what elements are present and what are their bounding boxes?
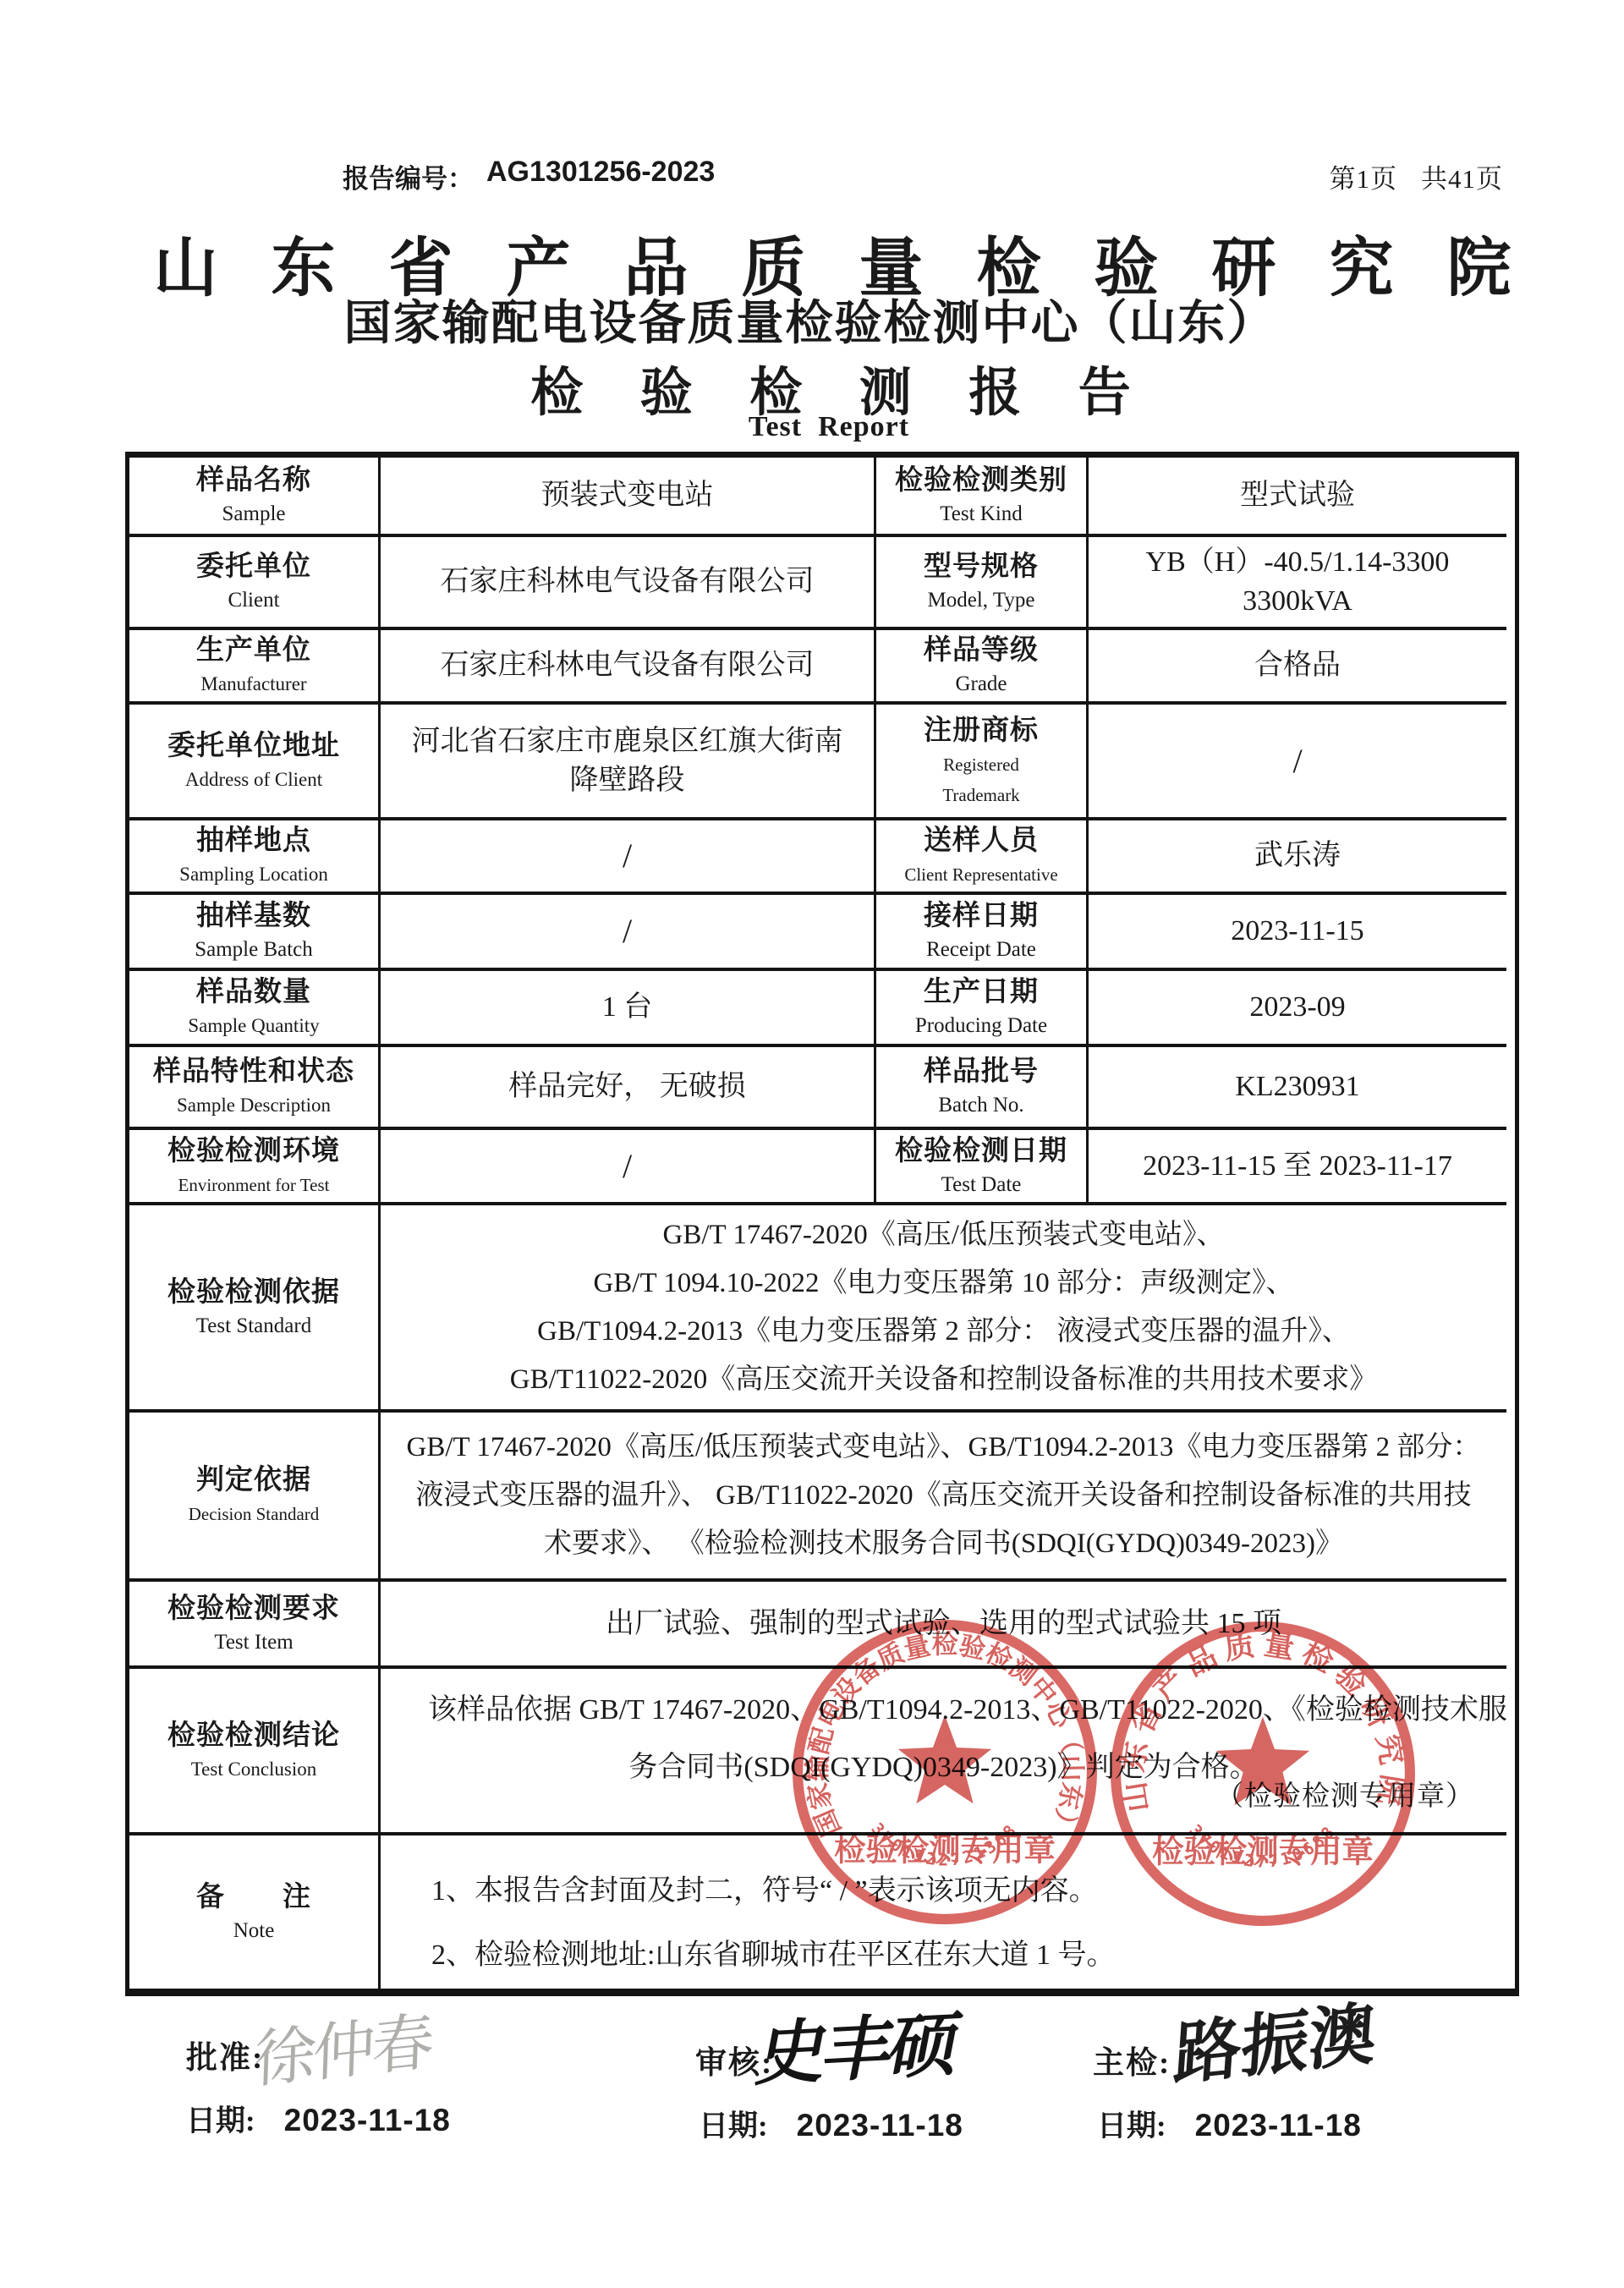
label-grade: 样品等级Grade — [876, 630, 1089, 705]
page-header: 报告编号： AG1301256-2023 第1页共41页 — [0, 157, 1624, 203]
conclusion-line2: 务合同书(SDQI(GYDQ)0349-2023)》判定为合格。 — [628, 1747, 1258, 1789]
test-report-page: 报告编号： AG1301256-2023 第1页共41页 山 东 省 产 品 质… — [0, 0, 1624, 2288]
inspect-date: 日期:2023-11-18 — [1097, 2103, 1362, 2145]
label-test-date: 检验检测日期Test Date — [876, 1130, 1089, 1205]
value-client: 石家庄科林电气设备有限公司 — [381, 537, 876, 630]
page-total: 共41页 — [1421, 164, 1503, 194]
value-client-representative: 武乐涛 — [1089, 820, 1506, 895]
value-sample-quantity: 1 台 — [381, 971, 876, 1047]
test-standard-lines: GB/T 17467-2020《高压/低压预装式变电站》、 GB/T 1094.… — [381, 1211, 1506, 1404]
report-title-en: Test Report — [0, 411, 1624, 443]
approve-label: 批准: — [186, 2032, 264, 2077]
label-client-representative: 送样人员Client Representative — [876, 820, 1089, 895]
value-sampling-location: / — [381, 820, 876, 895]
label-client-address: 委托单位地址Address of Client — [129, 705, 381, 820]
value-decision-standard: GB/T 17467-2020《高压/低压预装式变电站》、GB/T1094.2-… — [381, 1413, 1506, 1582]
seal-note: （检验检测专用章） — [1215, 1774, 1474, 1813]
value-test-standard: GB/T 17467-2020《高压/低压预装式变电站》、 GB/T 1094.… — [381, 1205, 1506, 1413]
label-producing-date: 生产日期Producing Date — [876, 971, 1089, 1047]
value-producing-date: 2023-09 — [1089, 971, 1506, 1047]
label-sample-description: 样品特性和状态Sample Description — [129, 1047, 381, 1130]
value-batch-no: KL230931 — [1089, 1047, 1506, 1130]
value-sample-batch: / — [381, 895, 876, 971]
value-grade: 合格品 — [1089, 630, 1506, 705]
page-indicator: 第1页共41页 — [1306, 157, 1504, 195]
label-sample: 样品名称Sample — [129, 458, 381, 537]
value-test-environment: / — [381, 1130, 876, 1205]
center-title-cn: 国家输配电设备质量检验检测中心（山东） — [0, 286, 1620, 354]
value-note: 1、本报告含封面及封二，符号“ / ”表示该项无内容。 2、检验检测地址:山东省… — [381, 1835, 1506, 1989]
decision-standard-lines: GB/T 17467-2020《高压/低压预装式变电站》、GB/T1094.2-… — [381, 1424, 1506, 1568]
value-sample-description: 样品完好， 无破损 — [381, 1047, 876, 1130]
inspect-signature: 路振澳 — [1171, 1978, 1380, 2099]
label-sample-quantity: 样品数量Sample Quantity — [129, 971, 381, 1047]
label-note: 备 注Note — [129, 1835, 381, 1989]
report-no-value: AG1301256-2023 — [486, 156, 715, 189]
label-test-standard: 检验检测依据Test Standard — [129, 1205, 381, 1413]
approve-date: 日期:2023-11-18 — [186, 2098, 451, 2140]
value-client-address: 河北省石家庄市鹿泉区红旗大街南降壁路段 — [381, 705, 876, 820]
review-signature: 史丰硕 — [750, 1989, 968, 2099]
conclusion-line1: 该样品依据 GB/T 17467-2020、GB/T1094.2-2013、GB… — [381, 1689, 1506, 1731]
label-test-environment: 检验检测环境Environment for Test — [129, 1130, 381, 1205]
label-manufacturer: 生产单位Manufacturer — [129, 630, 381, 705]
value-trademark: / — [1089, 705, 1506, 820]
inspect-label: 主检: — [1093, 2037, 1171, 2082]
note-line1: 1、本报告含封面及封二，符号“ / ”表示该项无内容。 — [431, 1859, 1098, 1923]
label-model-type: 型号规格Model, Type — [876, 537, 1089, 630]
review-date: 日期:2023-11-18 — [699, 2103, 963, 2145]
value-test-kind: 型式试验 — [1089, 458, 1506, 537]
label-trademark: 注册商标RegisteredTrademark — [876, 705, 1089, 820]
label-decision-standard: 判定依据Decision Standard — [129, 1413, 381, 1582]
label-test-item: 检验检测要求Test Item — [129, 1582, 381, 1669]
page-current: 第1页 — [1330, 164, 1398, 194]
value-receipt-date: 2023-11-15 — [1089, 895, 1506, 971]
label-test-conclusion: 检验检测结论Test Conclusion — [129, 1669, 381, 1835]
label-receipt-date: 接样日期Receipt Date — [876, 895, 1089, 971]
value-test-conclusion: 该样品依据 GB/T 17467-2020、GB/T1094.2-2013、GB… — [381, 1669, 1506, 1835]
label-test-kind: 检验检测类别Test Kind — [876, 458, 1089, 537]
report-table: 样品名称Sample 预装式变电站 检验检测类别Test Kind 型式试验 委… — [125, 452, 1519, 1996]
report-no-label: 报告编号： — [343, 157, 474, 195]
label-batch-no: 样品批号Batch No. — [876, 1047, 1089, 1130]
note-line2: 2、检验检测地址:山东省聊城市茌平区茌东大道 1 号。 — [431, 1923, 1115, 1988]
label-sampling-location: 抽样地点Sampling Location — [129, 820, 381, 895]
label-client: 委托单位Client — [129, 537, 381, 630]
label-sample-batch: 抽样基数Sample Batch — [129, 895, 381, 971]
approve-signature: 徐仲春 — [253, 1992, 433, 2101]
value-model-type: YB（H）-40.5/1.14-33003300kVA — [1089, 537, 1506, 630]
value-manufacturer: 石家庄科林电气设备有限公司 — [381, 630, 876, 705]
value-test-date: 2023-11-15 至 2023-11-17 — [1089, 1130, 1506, 1205]
value-sample: 预装式变电站 — [381, 458, 876, 537]
value-test-item: 出厂试验、强制的型式试验、选用的型式试验共 15 项 — [381, 1582, 1506, 1669]
